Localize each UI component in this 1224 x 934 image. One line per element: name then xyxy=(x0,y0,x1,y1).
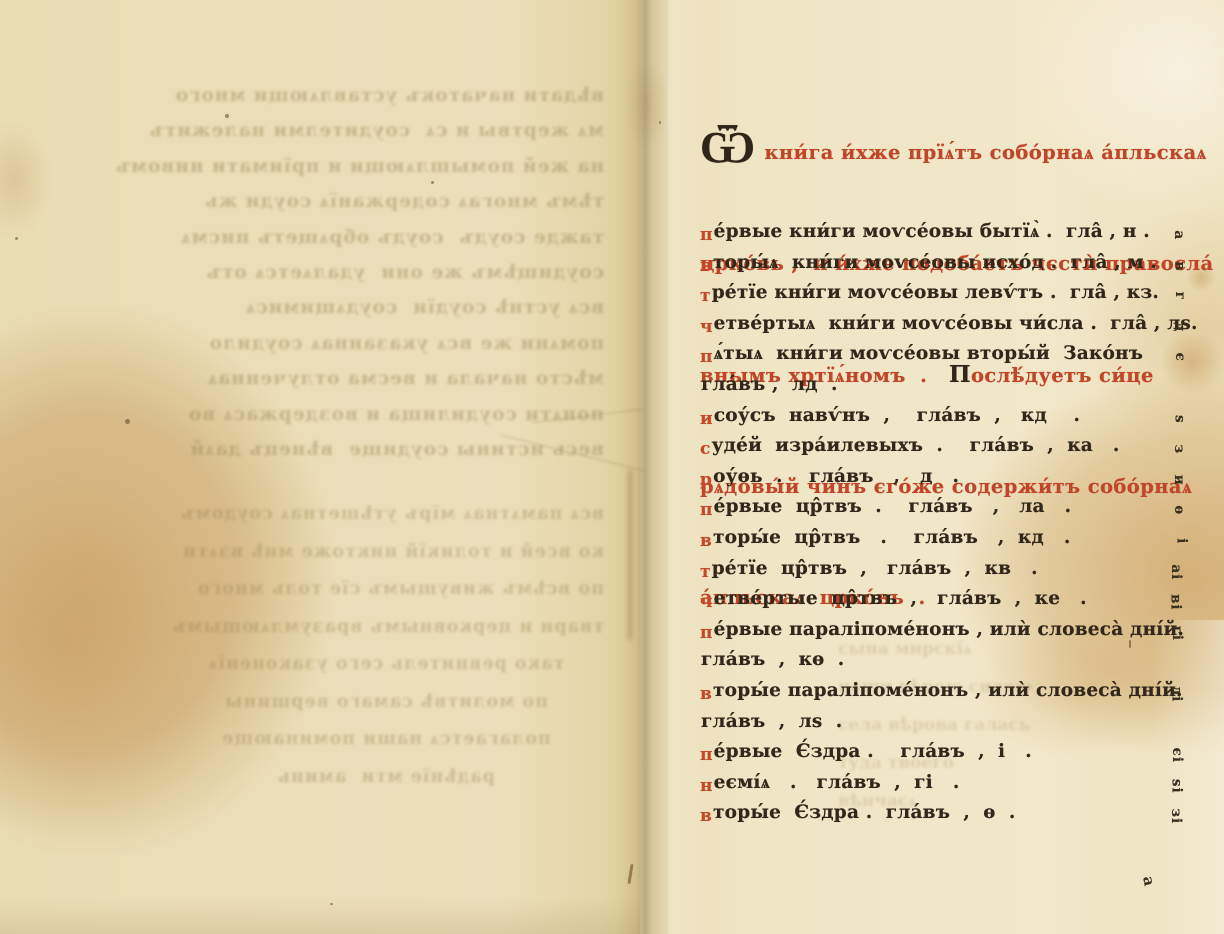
margin-number: з xyxy=(1164,445,1195,455)
red-initial: т xyxy=(700,562,711,582)
red-initial: с xyxy=(700,439,711,459)
entry-text: гла́въ , лд . xyxy=(701,374,838,395)
entry-text: ре́тїе цр̂твъ , гла́въ , кв . xyxy=(712,558,1038,579)
red-initial: п xyxy=(700,500,713,520)
gutter-crease xyxy=(628,470,632,640)
margin-number: и xyxy=(1163,475,1194,486)
toc-entry: неємі́ѧ . гла́въ , гі .ѕі xyxy=(700,768,1138,799)
heading-text: кни́га и́хже прїѧ́тъ собо́рнаѧ а́пльскаѧ xyxy=(764,141,1206,164)
paper-speck xyxy=(1129,640,1131,648)
red-initial: п xyxy=(700,225,713,245)
entry-text: гла́въ , кѳ . xyxy=(701,649,844,670)
entry-text: етве́ртыѧ кни́ги моѵсе́овы чи́сла . гла̂… xyxy=(714,313,1198,334)
paper-speck xyxy=(431,181,434,184)
entry-text: е́рвые цр̂твъ . гла́въ , ла . xyxy=(714,496,1072,517)
margin-number: гі xyxy=(1161,625,1192,640)
ghost-text-line: тако ревнитель сего узаконенїѧ xyxy=(168,646,604,684)
entry-text: е́рвые параліпоме́нонъ , илѝ словеса̀ дн… xyxy=(714,619,1184,640)
entry-text: торы́е цр̂твъ . гла́въ , кд . xyxy=(713,527,1070,548)
margin-number: ві xyxy=(1160,594,1191,611)
entry-text: уде́й изра́илевыхъ . гла́въ , ка . xyxy=(712,435,1120,456)
toc-entry: четве́ртые цр̂твъ , гла́въ , ке .ві xyxy=(700,584,1138,615)
red-initial: в xyxy=(700,806,712,826)
toc-entry: пе́рвые параліпоме́нонъ , илѝ словеса̀ д… xyxy=(700,615,1138,646)
toc-entry: исоу́съ навѵ́нъ , гла́въ , кд .ѕ xyxy=(700,401,1138,432)
ghost-text-line: по всѣмъ живущымъ сїе толь много xyxy=(168,571,604,609)
ghost-text-line: тѣмъ многаѧ содержанїѧ соуди жь xyxy=(112,184,604,219)
red-initial: и xyxy=(700,409,713,429)
ghost-text-line: твари и церковнымъ вразумлѧющымъ xyxy=(168,609,604,647)
entry-text: е́рвые кни́ги моѵсе́овы бытїѧ̀ . гла̂ , … xyxy=(714,221,1150,242)
margin-number: ѕі xyxy=(1161,779,1192,794)
toc-entry: вторы́е параліпоме́нонъ , илѝ словеса̀ д… xyxy=(700,676,1138,707)
toc-entry: тре́тїе кни́ги моѵсе́овы левѵ́тъ . гла̂ … xyxy=(700,278,1138,309)
margin-number: г xyxy=(1164,292,1195,301)
red-initial: в xyxy=(700,256,712,276)
entry-text: ре́тїе кни́ги моѵсе́овы левѵ́тъ . гла̂ ,… xyxy=(712,282,1159,303)
toc-entry: тре́тїе цр̂твъ , гла́въ , кв .аі xyxy=(700,554,1138,585)
red-initial: ч xyxy=(700,317,713,337)
ghost-text-line: по молитвѣ самаго вершины xyxy=(168,684,604,722)
entry-text: торы́е параліпоме́нонъ , илѝ словеса̀ дн… xyxy=(713,680,1183,701)
entry-text: торы́ѧ кни́ги моѵсе́овы исхо́д . гла̂ , … xyxy=(713,252,1157,273)
toc-entry: четве́ртыѧ кни́ги моѵсе́овы чи́сла . гла… xyxy=(700,309,1138,340)
bottom-shadow xyxy=(0,898,640,934)
entry-text: етве́ртые цр̂твъ , гла́въ , ке . xyxy=(714,588,1087,609)
ghost-text-line: тажде соудъ соудъ обрѧщетъ писмѧ xyxy=(112,220,604,255)
toc-entry: роу́ѳь . гла́въ , д .и xyxy=(700,462,1138,493)
red-initial: п xyxy=(700,623,713,643)
fore-edge-highlight xyxy=(1152,620,1224,934)
books-list: пе́рвые кни́ги моѵсе́овы бытїѧ̀ . гла̂ ,… xyxy=(700,217,1138,829)
ghost-text-line: полагаетсѧ наши поминающе xyxy=(168,721,604,759)
margin-number: аі xyxy=(1161,564,1192,580)
margin-number: в xyxy=(1164,261,1195,271)
margin-number: ѕ xyxy=(1164,415,1195,424)
toc-entry: суде́й изра́илевыхъ . гла́въ , ка .з xyxy=(700,431,1138,462)
paper-speck xyxy=(225,114,229,118)
ghost-text-line: мѣсто начала и весма отлученнаѧ xyxy=(112,361,604,396)
toc-entry: пе́рвые Є́здра . гла́въ , і .єі xyxy=(700,737,1138,768)
red-initial: в xyxy=(700,684,712,704)
entry-text: торы́е Є́здра . гла́въ , ѳ . xyxy=(713,802,1015,823)
entry-text: еємі́ѧ . гла́въ , гі . xyxy=(714,772,960,793)
paper-speck xyxy=(659,121,661,124)
entry-text: е́рвые Є́здра . гла́въ , і . xyxy=(714,741,1032,762)
ghost-text-line: соудищѣмъ же они удалѧетсѧ отъ xyxy=(112,255,604,290)
paper-speck xyxy=(15,237,18,240)
entry-text: ѧ́тыѧ кни́ги моѵсе́овы вторы́й Зако́нъ xyxy=(714,343,1143,364)
ghost-text-line: весь истины соудище вѣнецъ даѧй xyxy=(112,432,604,467)
margin-number: д xyxy=(1164,322,1195,332)
red-initial: р xyxy=(700,470,712,490)
ghost-text-line: понѧти соудилища и воздержасѧ во xyxy=(112,397,604,432)
margin-number: ѳ xyxy=(1164,506,1195,516)
ghost-text-line: всѧ памѧтнаѧ мїръ утѣшетнаѧ соудомъ xyxy=(168,496,604,534)
red-initial: п xyxy=(700,347,713,367)
entry-text: соу́съ навѵ́нъ , гла́въ , кд . xyxy=(714,405,1080,426)
paper-speck xyxy=(125,419,130,424)
ghost-text-line: радѣнїе мти аминь xyxy=(168,759,604,797)
book-spread-scan: вѣдати начатокъ уставлѧющи много мѧ жерт… xyxy=(0,0,1224,934)
red-initial: ч xyxy=(700,592,713,612)
drop-cap-omega: Ѿ xyxy=(700,122,755,173)
margin-number: і xyxy=(1166,538,1197,544)
margin-number: ді xyxy=(1161,686,1192,702)
toc-entry: пѧ́тыѧ кни́ги моѵсе́овы вторы́й Зако́нъє xyxy=(700,339,1138,370)
red-initial: т xyxy=(700,286,711,306)
margin-number: є xyxy=(1164,353,1195,362)
paper-speck xyxy=(330,903,333,905)
ghost-showthrough-block-lower: всѧ памѧтнаѧ мїръ утѣшетнаѧ соудомъ ко в… xyxy=(168,496,604,796)
toc-entry-continuation: гла́въ , лд . xyxy=(700,370,1138,401)
entry-text: оу́ѳь . гла́въ , д . xyxy=(713,466,959,487)
toc-entry: пе́рвые кни́ги моѵсе́овы бытїѧ̀ . гла̂ ,… xyxy=(700,217,1138,248)
heading-line: Ѿкни́га и́хже прїѧ́тъ собо́рнаѧ а́пльска… xyxy=(700,126,1150,171)
ghost-text-line: мѧ жертвы и сѧ соудителми належитъ xyxy=(112,113,604,148)
toc-entry: вторы́е Є́здра . гла́въ , ѳ .зі xyxy=(700,798,1138,829)
toc-entry: пе́рвые цр̂твъ . гла́въ , ла .ѳ xyxy=(700,492,1138,523)
ghost-text-line: всѧ устнѣ соудїи соудѧщимисѧ xyxy=(112,290,604,325)
margin-number: єі xyxy=(1161,748,1192,763)
red-initial: п xyxy=(700,745,713,765)
entry-text: гла́въ , лѕ . xyxy=(701,711,842,732)
toc-entry-continuation: гла́въ , лѕ . xyxy=(700,707,1138,738)
red-initial: в xyxy=(700,531,712,551)
ghost-text-line: ко всей и толикїй никтоже мнѣ взѧти xyxy=(168,534,604,572)
toc-entry: вторы́ѧ кни́ги моѵсе́овы исхо́д . гла̂ ,… xyxy=(700,248,1138,279)
red-initial: н xyxy=(700,776,713,796)
margin-number: зі xyxy=(1161,809,1192,825)
ghost-showthrough-block-upper: вѣдати начатокъ уставлѧющи много мѧ жерт… xyxy=(112,78,604,467)
ghost-text-line: помѧни же всѧ указаннаѧ соудило xyxy=(112,326,604,361)
ghost-text-line: на жей помышлѧющи и прїимати нивомъ xyxy=(112,149,604,184)
margin-number: а xyxy=(1164,230,1195,240)
toc-entry-continuation: гла́въ , кѳ . xyxy=(700,645,1138,676)
toc-entry: вторы́е цр̂твъ . гла́въ , кд .і xyxy=(700,523,1138,554)
ghost-text-line: вѣдати начатокъ уставлѧющи много xyxy=(112,78,604,113)
